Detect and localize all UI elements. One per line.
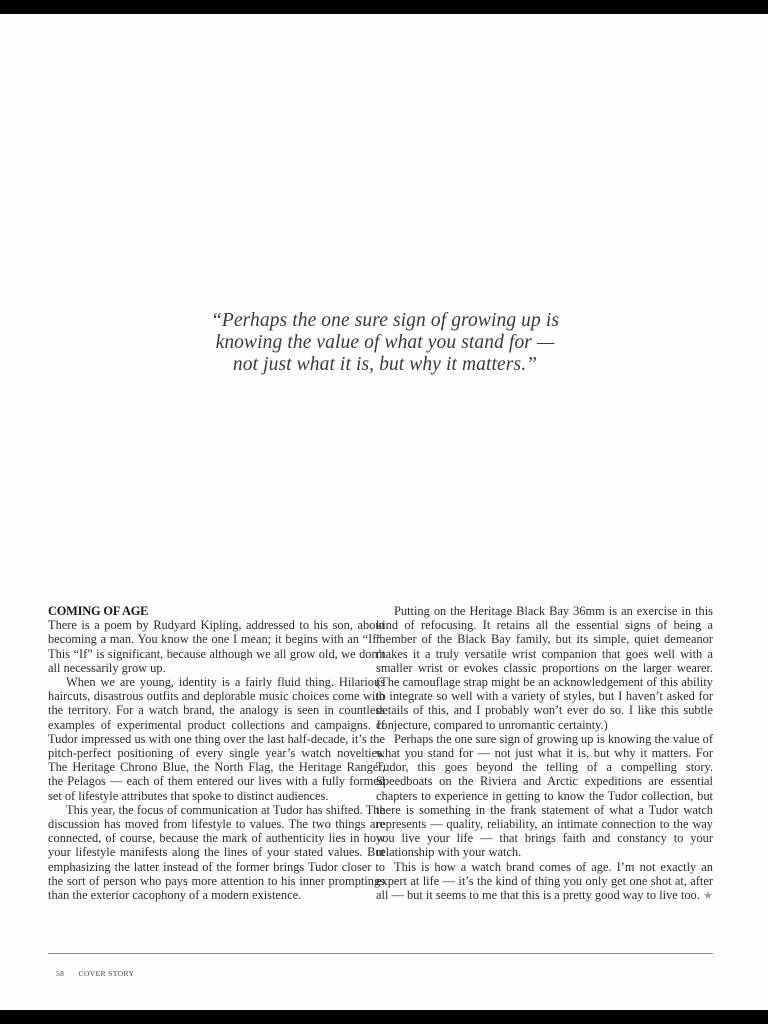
page-folio: 58 COVER STORY (56, 969, 134, 978)
section-heading: COMING OF AGE (48, 604, 385, 618)
pull-quote-line: not just what it is, but why it matters.… (195, 354, 575, 376)
top-black-bar (0, 0, 768, 14)
body-paragraph: Putting on the Heritage Black Bay 36mm i… (376, 604, 713, 732)
end-star-icon: ★ (703, 890, 713, 902)
magazine-page: “Perhaps the one sure sign of growing up… (0, 14, 768, 1010)
body-paragraph: This year, the focus of communication at… (48, 803, 385, 902)
body-paragraph: Perhaps the one sure sign of growing up … (376, 732, 713, 860)
right-text-column: Putting on the Heritage Black Bay 36mm i… (376, 604, 713, 903)
bottom-black-bar (0, 1010, 768, 1024)
body-paragraph: When we are young, identity is a fairly … (48, 675, 385, 803)
pull-quote: “Perhaps the one sure sign of growing up… (195, 310, 575, 376)
footer-divider (48, 953, 713, 954)
pull-quote-line: knowing the value of what you stand for … (195, 332, 575, 354)
section-label: COVER STORY (79, 969, 135, 978)
final-paragraph-text: This is how a watch brand comes of age. … (376, 860, 713, 902)
body-paragraph-final: This is how a watch brand comes of age. … (376, 860, 713, 904)
pull-quote-line: “Perhaps the one sure sign of growing up… (195, 310, 575, 332)
left-text-column: COMING OF AGE There is a poem by Rudyard… (48, 604, 385, 902)
body-paragraph: There is a poem by Rudyard Kipling, addr… (48, 618, 385, 675)
page-number: 58 (56, 969, 64, 978)
